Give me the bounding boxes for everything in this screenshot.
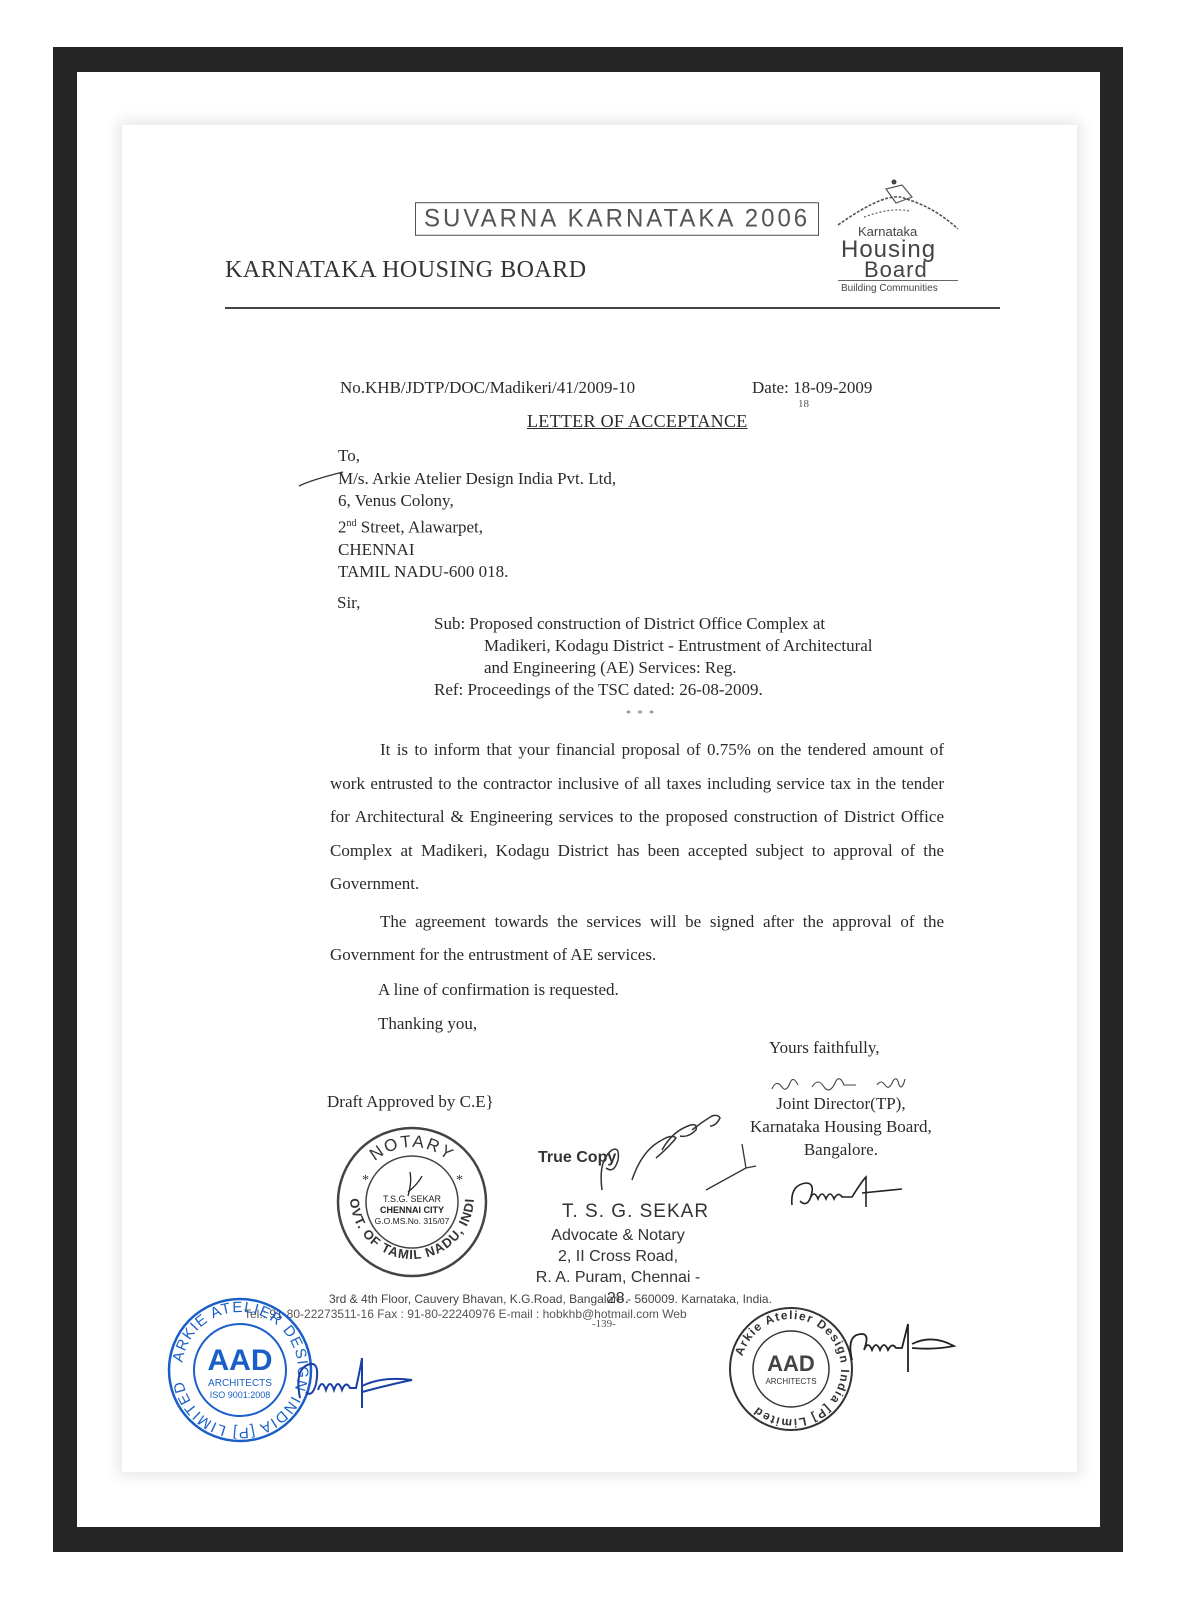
organization-name: KARNATAKA HOUSING BOARD: [225, 257, 587, 284]
subject-line-2: Madikeri, Kodagu District - Entrustment …: [434, 635, 873, 657]
reference-number: No.KHB/JDTP/DOC/Madikeri/41/2009-10: [340, 378, 635, 398]
address-line-colony: 6, Venus Colony,: [338, 490, 616, 513]
address-line-company: M/s. Arkie Atelier Design India Pvt. Ltd…: [338, 468, 616, 491]
letterhead-divider: [225, 307, 1000, 309]
address-line-street: 2nd Street, Alawarpet,: [338, 513, 616, 539]
svg-text:*: *: [456, 1173, 463, 1188]
paragraph-acceptance: It is to inform that your financial prop…: [330, 733, 944, 901]
date-annotation: 18: [798, 398, 809, 410]
notary-seal-icon: NOTARY GOVT. OF TAMIL NADU, INDIA * * T.…: [332, 1122, 492, 1282]
company-seal-right-icon: Arkie Atelier Design India [P] Limited A…: [727, 1305, 855, 1433]
logo-divider: [838, 280, 958, 281]
svg-text:ARCHITECTS: ARCHITECTS: [208, 1378, 272, 1389]
paragraph-confirmation: A line of confirmation is requested.: [378, 980, 619, 1000]
svg-text:G.O.MS.No. 315/07: G.O.MS.No. 315/07: [375, 1216, 450, 1226]
khb-logo: Karnataka Housing Board Building Communi…: [834, 177, 964, 297]
company-seal-right: Arkie Atelier Design India [P] Limited A…: [727, 1305, 855, 1433]
notary-designation: Advocate & Notary: [533, 1225, 703, 1246]
company-signature-right-icon: [842, 1320, 962, 1380]
svg-text:ISO 9001:2008: ISO 9001:2008: [210, 1390, 271, 1400]
svg-text:AAD: AAD: [208, 1344, 273, 1377]
closing-thanks: Thanking you,: [378, 1014, 477, 1034]
address-to: To,: [338, 445, 616, 468]
address-line-city: CHENNAI: [338, 539, 616, 562]
notary-name: T. S. G. SEKAR: [562, 1201, 709, 1223]
subject-line-3: and Engineering (AE) Services: Reg.: [434, 657, 873, 679]
signatory-title: Joint Director(TP),: [750, 1092, 932, 1115]
page-number: -139-: [592, 1318, 616, 1330]
svg-text:*: *: [362, 1173, 369, 1188]
svg-text:T.S.G. SEKAR: T.S.G. SEKAR: [383, 1194, 442, 1204]
khb-address-footer: 3rd & 4th Floor, Cauvery Bhavan, K.G.Roa…: [329, 1292, 772, 1306]
svg-text:CHENNAI CITY: CHENNAI CITY: [380, 1205, 444, 1215]
separator-stars: * * *: [626, 709, 656, 720]
company-signature-left-icon: [292, 1350, 422, 1410]
letter-body: It is to inform that your financial prop…: [330, 733, 944, 972]
bangalore-tick-mark: [702, 1140, 812, 1195]
address-line-state: TAMIL NADU-600 018.: [338, 561, 616, 584]
svg-text:AAD: AAD: [767, 1351, 815, 1376]
paragraph-agreement: The agreement towards the services will …: [330, 905, 944, 972]
letter-document: SUVARNA KARNATAKA 2006 KARNATAKA HOUSING…: [122, 125, 1077, 1472]
closing-yours-faithfully: Yours faithfully,: [769, 1038, 880, 1058]
draft-approval-note: Draft Approved by C.E}: [327, 1092, 494, 1112]
notary-address-1: 2, II Cross Road,: [533, 1246, 703, 1267]
subject-reference: Ref: Proceedings of the TSC dated: 26-08…: [434, 679, 873, 701]
subject-block: Sub: Proposed construction of District O…: [434, 613, 873, 701]
svg-text:ARCHITECTS: ARCHITECTS: [765, 1377, 816, 1386]
notary-seal: NOTARY GOVT. OF TAMIL NADU, INDIA * * T.…: [332, 1122, 492, 1282]
logo-tagline: Building Communities: [841, 283, 938, 294]
letter-date: Date: 18-09-2009: [752, 378, 872, 398]
letter-title: LETTER OF ACCEPTANCE: [527, 411, 748, 432]
subject-line-1: Sub: Proposed construction of District O…: [434, 613, 873, 635]
signatory-org: Karnataka Housing Board,: [750, 1115, 932, 1138]
recipient-address: To, M/s. Arkie Atelier Design India Pvt.…: [338, 445, 616, 584]
salutation: Sir,: [337, 593, 360, 613]
suvarna-karnataka-stamp: SUVARNA KARNATAKA 2006: [415, 202, 819, 236]
